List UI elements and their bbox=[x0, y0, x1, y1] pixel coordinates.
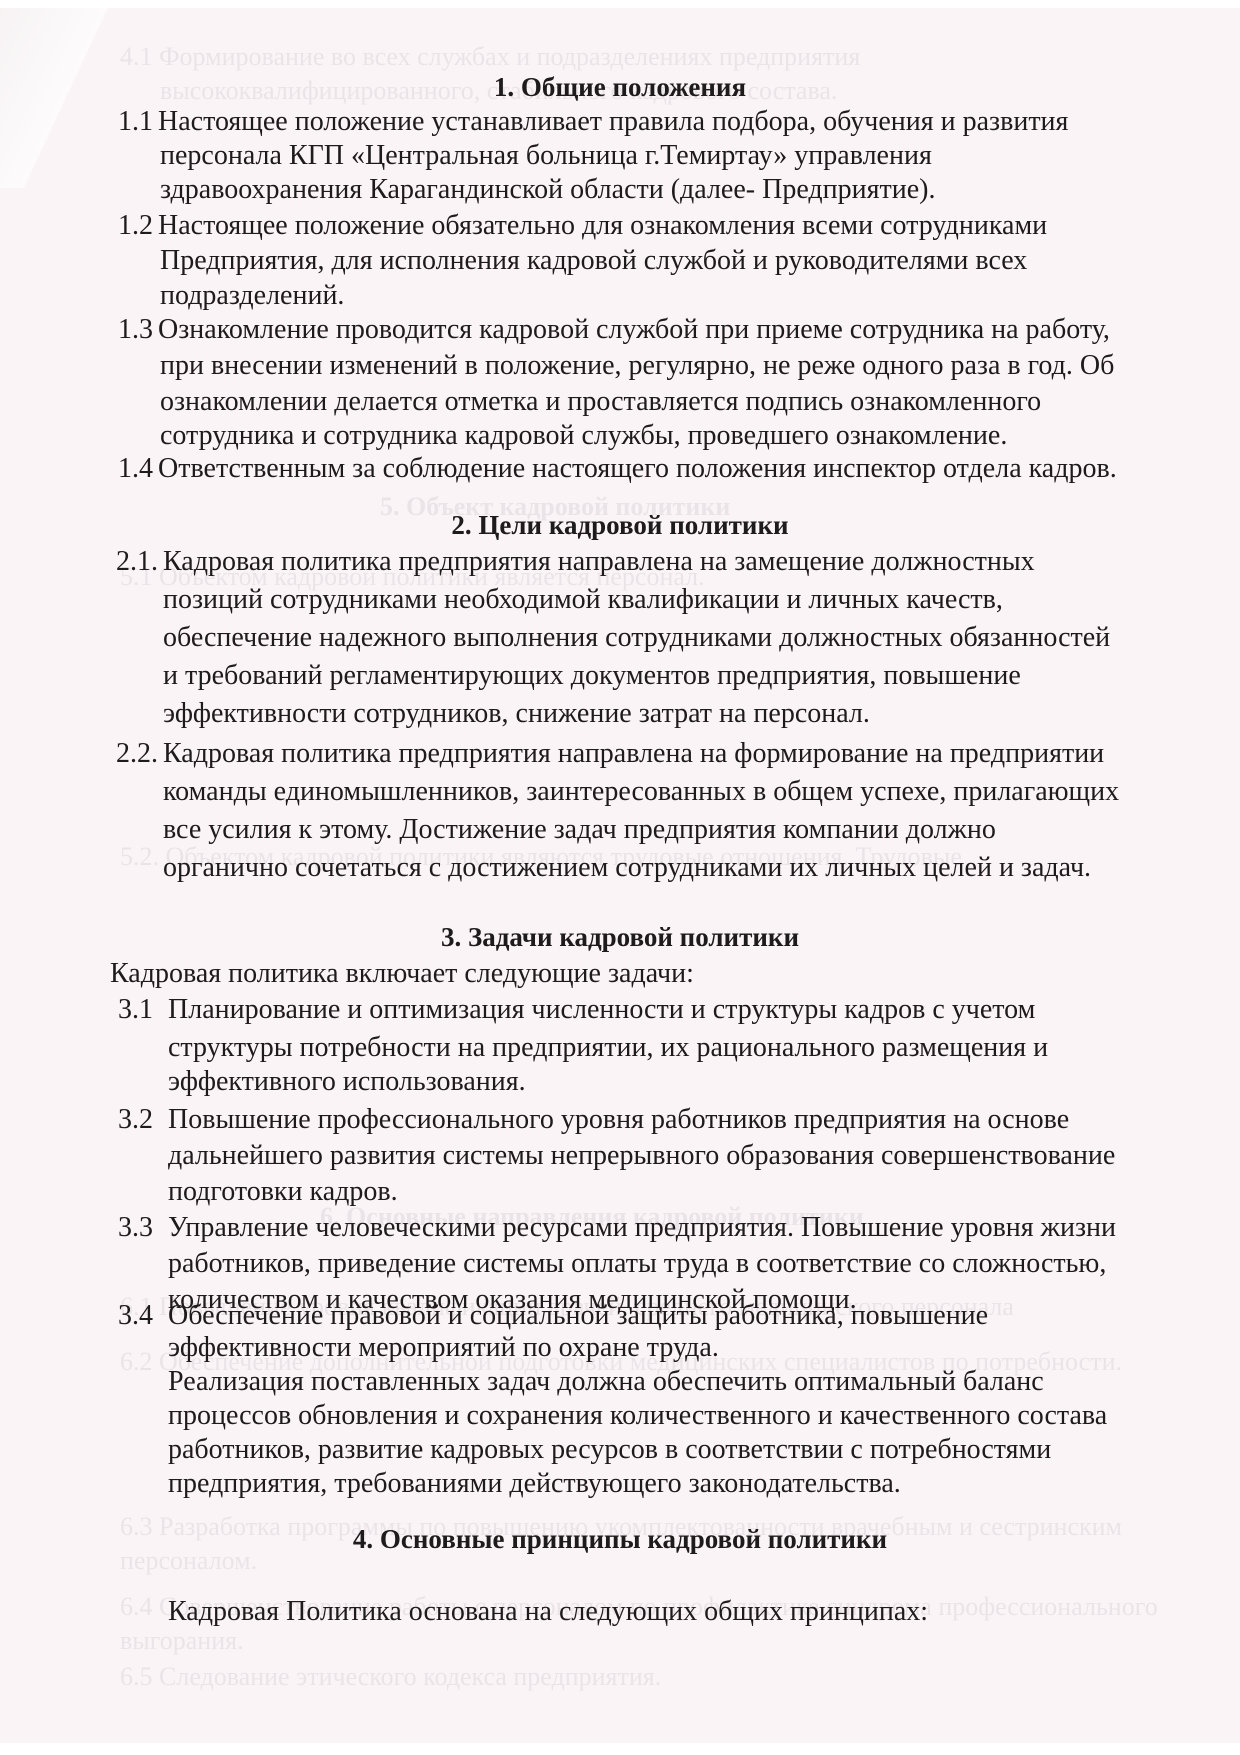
item-text: все усилия к этому. Достижение задач пре… bbox=[163, 814, 996, 846]
item-text: эффективности сотрудников, снижение затр… bbox=[163, 698, 870, 730]
section-heading: 2. Цели кадровой политики bbox=[0, 510, 1240, 541]
item-text: ознакомлении делается отметка и проставл… bbox=[160, 386, 1041, 418]
item-text: эффективности мероприятий по охране труд… bbox=[168, 1332, 719, 1364]
item-number: 3.3 bbox=[118, 1212, 153, 1244]
item-number: 3.4 bbox=[118, 1300, 153, 1332]
item-number: 1.4 bbox=[118, 453, 153, 485]
item-text: Повышение профессионального уровня работ… bbox=[168, 1104, 1069, 1136]
item-text: Планирование и оптимизация численности и… bbox=[168, 994, 1035, 1026]
item-text: Управление человеческими ресурсами предп… bbox=[168, 1212, 1116, 1244]
item-text: дальнейшего развития системы непрерывног… bbox=[168, 1140, 1115, 1172]
item-text: работников, приведение системы оплаты тр… bbox=[168, 1248, 1106, 1280]
item-text: Предприятия, для исполнения кадровой слу… bbox=[160, 245, 1027, 277]
item-text: Обеспечение правовой и социальной защиты… bbox=[168, 1300, 988, 1332]
item-text: Кадровая политика предприятия направлена… bbox=[163, 546, 1035, 578]
item-text: команды единомышленников, заинтересованн… bbox=[163, 776, 1119, 808]
item-text: Реализация поставленных задач должна обе… bbox=[168, 1366, 1044, 1398]
item-text: и требований регламентирующих документов… bbox=[163, 660, 1021, 692]
section-heading: 4. Основные принципы кадровой политики bbox=[0, 1524, 1240, 1555]
item-text: работников, развитие кадровых ресурсов в… bbox=[168, 1434, 1051, 1466]
item-number: 1.3 bbox=[118, 314, 153, 346]
item-text: Кадровая политика предприятия направлена… bbox=[163, 738, 1104, 770]
item-number: 3.1 bbox=[118, 994, 153, 1026]
item-text: эффективного использования. bbox=[168, 1066, 526, 1098]
item-text: позиций сотрудниками необходимой квалифи… bbox=[163, 584, 1003, 616]
section-heading: 1. Общие положения bbox=[0, 72, 1240, 103]
item-number: 1.1 bbox=[118, 106, 153, 138]
item-text: подготовки кадров. bbox=[168, 1176, 398, 1208]
item-number: 2.2. bbox=[116, 738, 158, 770]
item-text: Ознакомление проводится кадровой службой… bbox=[158, 314, 1110, 346]
item-text: структуры потребности на предприятии, их… bbox=[168, 1032, 1048, 1064]
item-text: Настоящее положение обязательно для озна… bbox=[158, 210, 1047, 242]
item-number: 1.2 bbox=[118, 210, 153, 242]
item-text: Настоящее положение устанавливает правил… bbox=[158, 106, 1068, 138]
item-text: обеспечение надежного выполнения сотрудн… bbox=[163, 622, 1110, 654]
item-text: персонала КГП «Центральная больница г.Те… bbox=[160, 140, 932, 172]
item-text: органично сочетаться с достижением сотру… bbox=[163, 852, 1091, 884]
item-text: Ответственным за соблюдение настоящего п… bbox=[158, 453, 1117, 485]
item-number: 2.1. bbox=[116, 546, 158, 578]
section-intro: Кадровая Политика основана на следующих … bbox=[168, 1596, 928, 1628]
item-text: подразделений. bbox=[160, 280, 344, 312]
item-text: здравоохранения Карагандинской области (… bbox=[160, 174, 935, 206]
section-heading: 3. Задачи кадровой политики bbox=[0, 922, 1240, 953]
item-text: процессов обновления и сохранения количе… bbox=[168, 1400, 1107, 1432]
item-text: сотрудника и сотрудника кадровой службы,… bbox=[160, 420, 1007, 452]
item-text: предприятия, требованиями действующего з… bbox=[168, 1468, 901, 1500]
section-intro: Кадровая политика включает следующие зад… bbox=[110, 958, 694, 990]
item-text: при внесении изменений в положение, регу… bbox=[160, 350, 1114, 382]
item-number: 3.2 bbox=[118, 1104, 153, 1136]
